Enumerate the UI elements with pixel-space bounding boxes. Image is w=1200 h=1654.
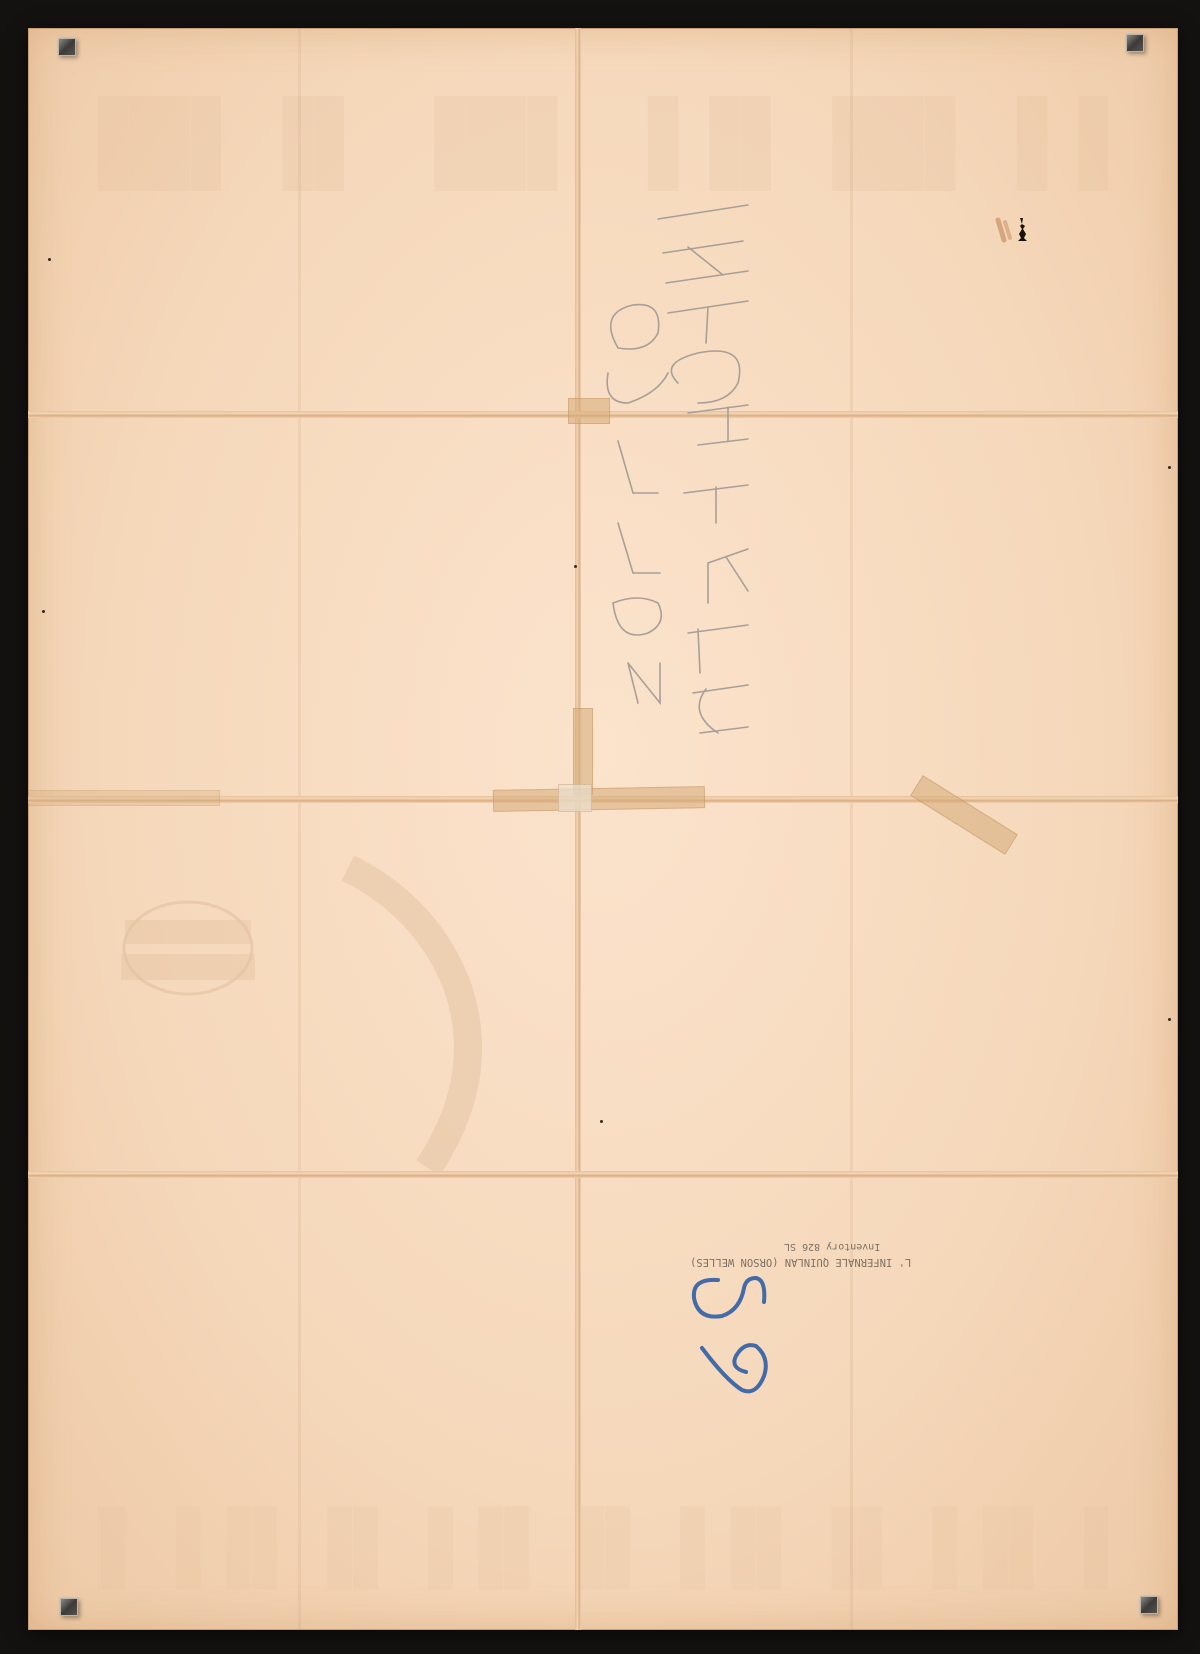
tape-repair: [910, 775, 1018, 855]
corner-clip-top-right: [1126, 34, 1144, 52]
ink-mark: [990, 216, 1030, 246]
pin-hole: [1168, 1018, 1171, 1021]
pin-hole: [600, 1120, 603, 1123]
showthrough-title-band: ▌▌▐█▌▐▌▌ ▐█▌ ▐▌▐█▌▌ ▐██▌▐▌ ▌▐█▌▐▌: [98, 96, 1108, 191]
tape-repair: [558, 784, 592, 812]
pencil-large-lettering: [588, 193, 768, 753]
soft-fold: [850, 28, 853, 1630]
pin-hole: [42, 610, 45, 613]
pencil-note-line2: Inventory 826 SL: [784, 1241, 880, 1252]
pin-hole: [1168, 466, 1171, 469]
vertical-fold: [575, 28, 581, 1630]
showthrough-credits-band: ▌▐▌▌▐▌▐▌▌▐▌▐▌▌▐▌▐▌▌▐▌▐▌▌▐▌▐▌▌▐▌: [98, 1503, 1108, 1593]
pencil-note-line1: L' INFERNALE QUINLAN (ORSON WELLES): [690, 1256, 911, 1268]
tape-repair: [28, 790, 220, 806]
pin-hole: [48, 258, 51, 261]
poster-back: ▌▌▐█▌▐▌▌ ▐█▌ ▐▌▐█▌▌ ▐██▌▐▌ ▌▐█▌▐▌ ▌▐▌▌▐▌…: [28, 28, 1178, 1630]
horizontal-fold-3: [28, 1171, 1178, 1178]
universal-logo-showthrough-icon: [113, 890, 263, 1000]
corner-clip-top-left: [58, 38, 76, 56]
figure-showthrough: [308, 848, 568, 1188]
tape-repair: [493, 786, 705, 812]
soft-fold: [298, 28, 301, 1630]
corner-clip-bottom-right: [1140, 1596, 1158, 1614]
pin-hole: [574, 565, 577, 568]
blue-crayon-number: [656, 1272, 786, 1412]
corner-clip-bottom-left: [60, 1598, 78, 1616]
